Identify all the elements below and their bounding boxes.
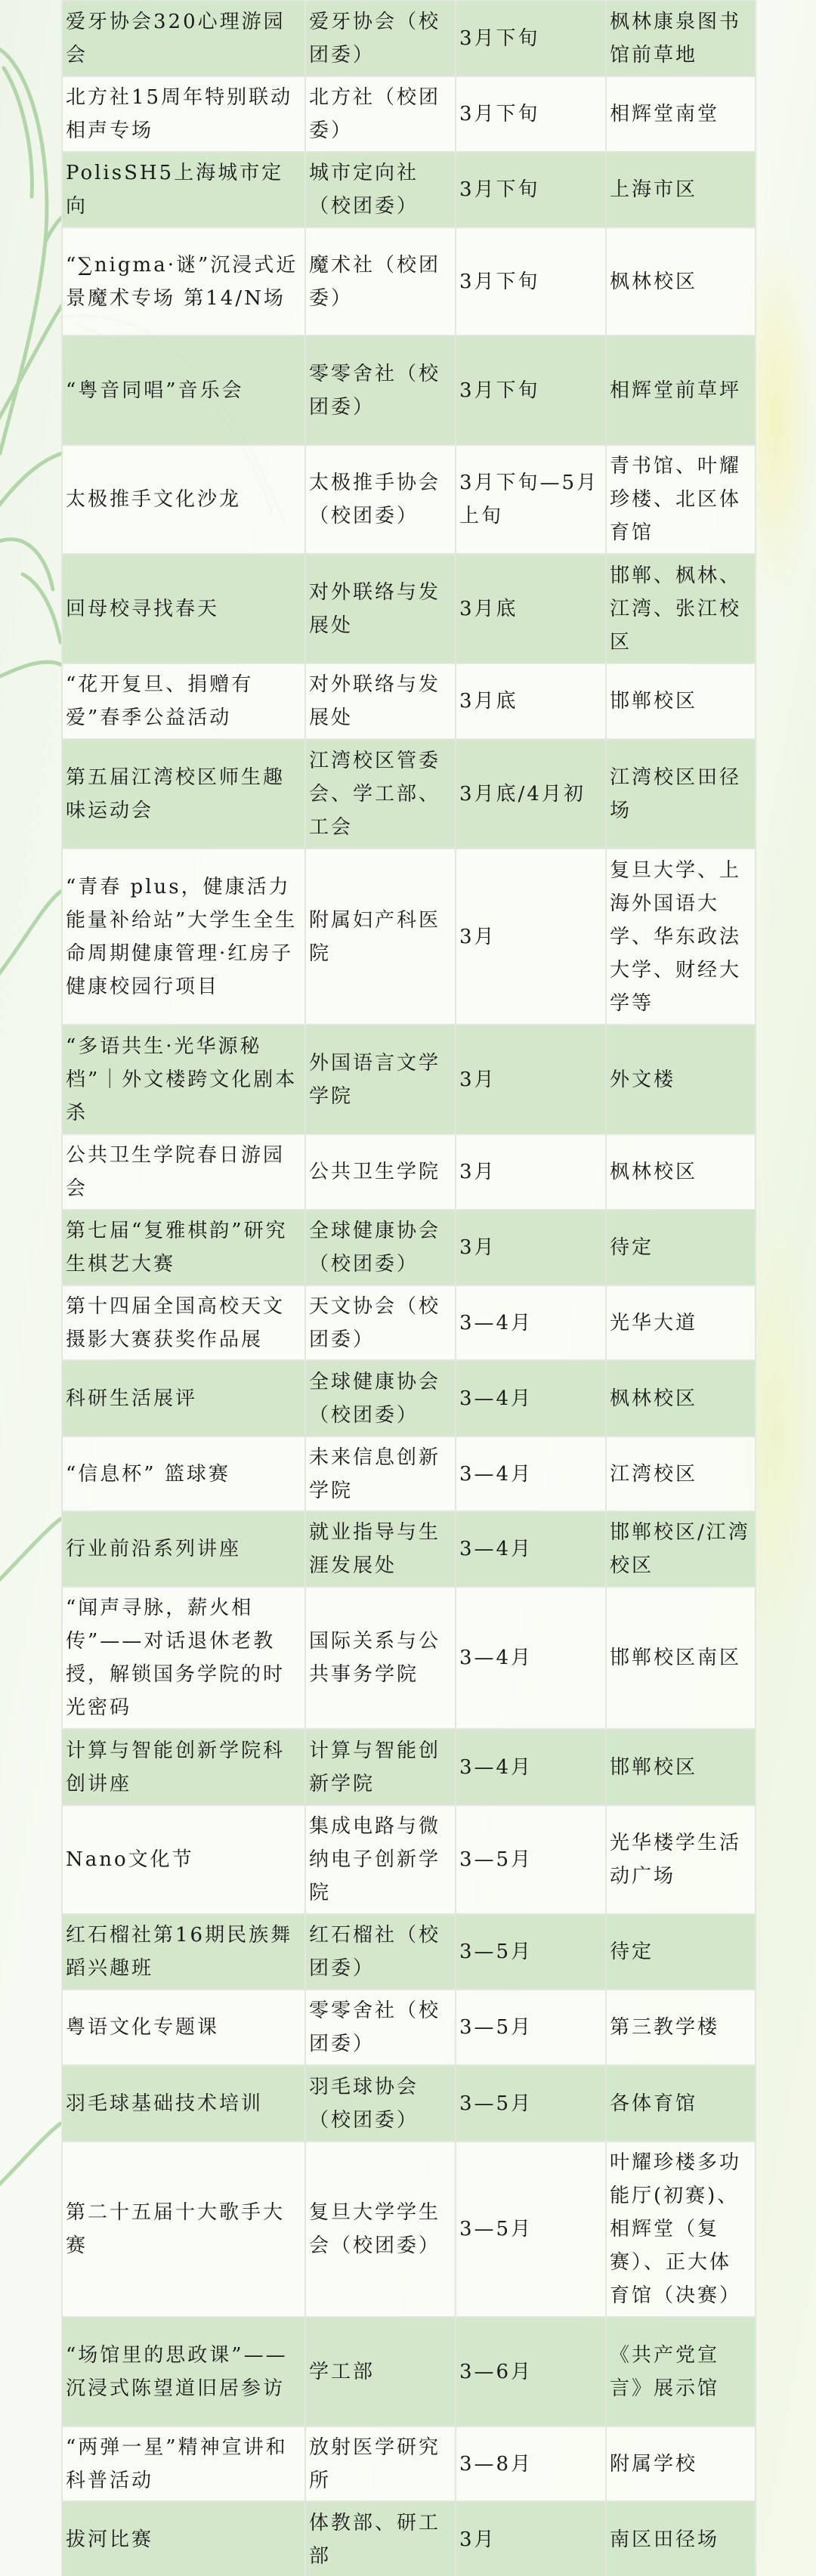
- cell-time: 3—4月: [456, 1511, 606, 1587]
- cell-location: 第三教学楼: [606, 1990, 756, 2065]
- cell-activity-name: 行业前沿系列讲座: [62, 1511, 305, 1587]
- table-row: PolisSH5上海城市定向 城市定向社（校团委） 3月下旬 上海市区: [62, 152, 756, 227]
- table-row: Nano文化节 集成电路与微纳电子创新学院 3—5月 光华楼学生活动广场: [62, 1805, 756, 1914]
- table-row: 第五届江湾校区师生趣味运动会 江湾校区管委会、学工部、工会 3月底/4月初 江湾…: [62, 739, 756, 849]
- cell-location: 邯郸校区/江湾校区: [606, 1511, 756, 1587]
- cell-activity-name: PolisSH5上海城市定向: [62, 152, 305, 227]
- cell-organizer: 太极推手协会（校团委）: [305, 445, 456, 554]
- cell-organizer: 对外联络与发展处: [305, 663, 456, 739]
- cell-organizer: 对外联络与发展处: [305, 554, 456, 663]
- cell-location: 枫林校区: [606, 1134, 756, 1210]
- cell-activity-name: 第五届江湾校区师生趣味运动会: [62, 739, 305, 849]
- cell-organizer: 零零舍社（校团委）: [305, 1990, 456, 2065]
- cell-location: 待定: [606, 1914, 756, 1990]
- cell-time: 3月下旬: [456, 227, 606, 336]
- cell-activity-name: 太极推手文化沙龙: [62, 445, 305, 554]
- cell-activity-name: Nano文化节: [62, 1805, 305, 1914]
- cell-location: 叶耀珍楼多功能厅(初赛)、相辉堂（复赛）、正大体育馆（决赛）: [606, 2142, 756, 2317]
- cell-activity-name: “粤音同唱”音乐会: [62, 336, 305, 445]
- cell-activity-name: 粤语文化专题课: [62, 1990, 305, 2065]
- cell-location: 光华大道: [606, 1285, 756, 1360]
- cell-time: 3月: [456, 1025, 606, 1134]
- cell-time: 3—5月: [456, 1990, 606, 2065]
- cell-time: 3—6月: [456, 2317, 606, 2426]
- cell-organizer: 就业指导与生涯发展处: [305, 1511, 456, 1587]
- cell-organizer: 集成电路与微纳电子创新学院: [305, 1805, 456, 1914]
- table-row: 第二十五届十大歌手大赛 复旦大学学生会（校团委） 3—5月 叶耀珍楼多功能厅(初…: [62, 2142, 756, 2317]
- cell-location: 外文楼: [606, 1025, 756, 1134]
- cell-activity-name: “多语共生·光华源秘档”｜外文楼跨文化剧本杀: [62, 1025, 305, 1134]
- cell-organizer: 外国语言文学学院: [305, 1025, 456, 1134]
- cell-time: 3月下旬: [456, 76, 606, 152]
- cell-organizer: 学工部: [305, 2317, 456, 2426]
- cell-time: 3—4月: [456, 1587, 606, 1729]
- cell-activity-name: “花开复旦、捐赠有爱”春季公益活动: [62, 663, 305, 739]
- table-row: 红石榴社第16期民族舞蹈兴趣班 红石榴社（校团委） 3—5月 待定: [62, 1914, 756, 1990]
- cell-activity-name: 拔河比赛: [62, 2501, 305, 2576]
- cell-location: 光华楼学生活动广场: [606, 1805, 756, 1914]
- cell-time: 3—4月: [456, 1285, 606, 1360]
- table-row: 科研生活展评 全球健康协会（校团委） 3—4月 枫林校区: [62, 1360, 756, 1436]
- table-row: 行业前沿系列讲座 就业指导与生涯发展处 3—4月 邯郸校区/江湾校区: [62, 1511, 756, 1587]
- cell-time: 3—5月: [456, 1805, 606, 1914]
- cell-organizer: 未来信息创新学院: [305, 1436, 456, 1511]
- table-row: “粤音同唱”音乐会 零零舍社（校团委） 3月下旬 相辉堂前草坪: [62, 336, 756, 445]
- cell-organizer: 天文协会（校团委）: [305, 1285, 456, 1360]
- table-row: 第七届“复雅棋韵”研究生棋艺大赛 全球健康协会（校团委） 3月 待定: [62, 1210, 756, 1285]
- cell-time: 3—4月: [456, 1360, 606, 1436]
- cell-time: 3月下旬: [456, 1, 606, 76]
- cell-organizer: 江湾校区管委会、学工部、工会: [305, 739, 456, 849]
- table-row: “∑nigma·谜”沉浸式近景魔术专场 第14/N场 魔术社（校团委） 3月下旬…: [62, 227, 756, 336]
- cell-activity-name: 北方社15周年特别联动相声专场: [62, 76, 305, 152]
- cell-activity-name: “闻声寻脉，薪火相传”——对话退休老教授，解锁国务学院的时光密码: [62, 1587, 305, 1729]
- cell-activity-name: 爱牙协会320心理游园会: [62, 1, 305, 76]
- cell-time: 3—5月: [456, 1914, 606, 1990]
- cell-time: 3月: [456, 849, 606, 1025]
- cell-time: 3月底/4月初: [456, 739, 606, 849]
- cell-location: 枫林校区: [606, 1360, 756, 1436]
- activity-table: 爱牙协会320心理游园会 爱牙协会（校团委） 3月下旬 枫林康泉图书馆前草地 北…: [61, 0, 756, 2576]
- table-row: 粤语文化专题课 零零舍社（校团委） 3—5月 第三教学楼: [62, 1990, 756, 2065]
- cell-time: 3月下旬—5月上旬: [456, 445, 606, 554]
- cell-location: 相辉堂前草坪: [606, 336, 756, 445]
- cell-location: 待定: [606, 1210, 756, 1285]
- cell-activity-name: 红石榴社第16期民族舞蹈兴趣班: [62, 1914, 305, 1990]
- activity-table-container: 爱牙协会320心理游园会 爱牙协会（校团委） 3月下旬 枫林康泉图书馆前草地 北…: [61, 0, 755, 2576]
- cell-time: 3月下旬: [456, 336, 606, 445]
- cell-organizer: 公共卫生学院: [305, 1134, 456, 1210]
- cell-organizer: 魔术社（校团委）: [305, 227, 456, 336]
- cell-time: 3—4月: [456, 1436, 606, 1511]
- table-row: “闻声寻脉，薪火相传”——对话退休老教授，解锁国务学院的时光密码 国际关系与公共…: [62, 1587, 756, 1729]
- cell-location: 枫林校区: [606, 227, 756, 336]
- cell-activity-name: 羽毛球基础技术培训: [62, 2065, 305, 2142]
- cell-organizer: 北方社（校团委）: [305, 76, 456, 152]
- table-row: “信息杯” 篮球赛 未来信息创新学院 3—4月 江湾校区: [62, 1436, 756, 1511]
- cell-time: 3—5月: [456, 2065, 606, 2142]
- table-row: “花开复旦、捐赠有爱”春季公益活动 对外联络与发展处 3月底 邯郸校区: [62, 663, 756, 739]
- cell-organizer: 附属妇产科医院: [305, 849, 456, 1025]
- table-row: 羽毛球基础技术培训 羽毛球协会（校团委） 3—5月 各体育馆: [62, 2065, 756, 2142]
- cell-location: 上海市区: [606, 152, 756, 227]
- cell-location: 南区田径场: [606, 2501, 756, 2576]
- cell-time: 3月: [456, 1210, 606, 1285]
- cell-organizer: 体教部、研工部: [305, 2501, 456, 2576]
- cell-organizer: 城市定向社（校团委）: [305, 152, 456, 227]
- cell-time: 3—8月: [456, 2426, 606, 2501]
- table-row: “多语共生·光华源秘档”｜外文楼跨文化剧本杀 外国语言文学学院 3月 外文楼: [62, 1025, 756, 1134]
- cell-activity-name: 公共卫生学院春日游园会: [62, 1134, 305, 1210]
- cell-time: 3—5月: [456, 2142, 606, 2317]
- cell-location: 江湾校区田径场: [606, 739, 756, 849]
- cell-time: 3—4月: [456, 1729, 606, 1805]
- cell-activity-name: 第二十五届十大歌手大赛: [62, 2142, 305, 2317]
- cell-activity-name: “青春 plus，健康活力能量补给站”大学生全生命周期健康管理·红房子健康校园行…: [62, 849, 305, 1025]
- table-row: “场馆里的思政课”——沉浸式陈望道旧居参访 学工部 3—6月 《共产党宣言》展示…: [62, 2317, 756, 2426]
- cell-location: 邯郸校区: [606, 663, 756, 739]
- cell-organizer: 计算与智能创新学院: [305, 1729, 456, 1805]
- table-row: 计算与智能创新学院科创讲座 计算与智能创新学院 3—4月 邯郸校区: [62, 1729, 756, 1805]
- cell-time: 3月底: [456, 663, 606, 739]
- table-row: 回母校寻找春天 对外联络与发展处 3月底 邯郸、枫林、江湾、张江校区: [62, 554, 756, 663]
- cell-location: 邯郸校区南区: [606, 1587, 756, 1729]
- cell-location: 江湾校区: [606, 1436, 756, 1511]
- cell-time: 3月底: [456, 554, 606, 663]
- cell-location: 《共产党宣言》展示馆: [606, 2317, 756, 2426]
- cell-time: 3月: [456, 2501, 606, 2576]
- cell-location: 复旦大学、上海外国语大学、华东政法大学、财经大学等: [606, 849, 756, 1025]
- cell-location: 相辉堂南堂: [606, 76, 756, 152]
- cell-activity-name: “信息杯” 篮球赛: [62, 1436, 305, 1511]
- cell-activity-name: 计算与智能创新学院科创讲座: [62, 1729, 305, 1805]
- cell-activity-name: 回母校寻找春天: [62, 554, 305, 663]
- table-row: 北方社15周年特别联动相声专场 北方社（校团委） 3月下旬 相辉堂南堂: [62, 76, 756, 152]
- cell-location: 邯郸校区: [606, 1729, 756, 1805]
- cell-activity-name: 科研生活展评: [62, 1360, 305, 1436]
- cell-organizer: 零零舍社（校团委）: [305, 336, 456, 445]
- table-body: 爱牙协会320心理游园会 爱牙协会（校团委） 3月下旬 枫林康泉图书馆前草地 北…: [62, 1, 756, 2576]
- table-row: 太极推手文化沙龙 太极推手协会（校团委） 3月下旬—5月上旬 青书馆、叶耀珍楼、…: [62, 445, 756, 554]
- cell-organizer: 放射医学研究所: [305, 2426, 456, 2501]
- cell-organizer: 国际关系与公共事务学院: [305, 1587, 456, 1729]
- cell-location: 枫林康泉图书馆前草地: [606, 1, 756, 76]
- cell-activity-name: “∑nigma·谜”沉浸式近景魔术专场 第14/N场: [62, 227, 305, 336]
- cell-organizer: 羽毛球协会（校团委）: [305, 2065, 456, 2142]
- cell-time: 3月下旬: [456, 152, 606, 227]
- cell-organizer: 全球健康协会（校团委）: [305, 1210, 456, 1285]
- cell-time: 3月: [456, 1134, 606, 1210]
- cell-organizer: 红石榴社（校团委）: [305, 1914, 456, 1990]
- cell-organizer: 全球健康协会（校团委）: [305, 1360, 456, 1436]
- cell-location: 各体育馆: [606, 2065, 756, 2142]
- table-row: 公共卫生学院春日游园会 公共卫生学院 3月 枫林校区: [62, 1134, 756, 1210]
- cell-activity-name: “两弹一星”精神宣讲和科普活动: [62, 2426, 305, 2501]
- cell-activity-name: 第七届“复雅棋韵”研究生棋艺大赛: [62, 1210, 305, 1285]
- table-row: 爱牙协会320心理游园会 爱牙协会（校团委） 3月下旬 枫林康泉图书馆前草地: [62, 1, 756, 76]
- table-row: 第十四届全国高校天文摄影大赛获奖作品展 天文协会（校团委） 3—4月 光华大道: [62, 1285, 756, 1360]
- cell-activity-name: 第十四届全国高校天文摄影大赛获奖作品展: [62, 1285, 305, 1360]
- cell-organizer: 爱牙协会（校团委）: [305, 1, 456, 76]
- cell-organizer: 复旦大学学生会（校团委）: [305, 2142, 456, 2317]
- cell-location: 附属学校: [606, 2426, 756, 2501]
- table-row: “青春 plus，健康活力能量补给站”大学生全生命周期健康管理·红房子健康校园行…: [62, 849, 756, 1025]
- cell-activity-name: “场馆里的思政课”——沉浸式陈望道旧居参访: [62, 2317, 305, 2426]
- table-row: “两弹一星”精神宣讲和科普活动 放射医学研究所 3—8月 附属学校: [62, 2426, 756, 2501]
- cell-location: 邯郸、枫林、江湾、张江校区: [606, 554, 756, 663]
- table-row: 拔河比赛 体教部、研工部 3月 南区田径场: [62, 2501, 756, 2576]
- cell-location: 青书馆、叶耀珍楼、北区体育馆: [606, 445, 756, 554]
